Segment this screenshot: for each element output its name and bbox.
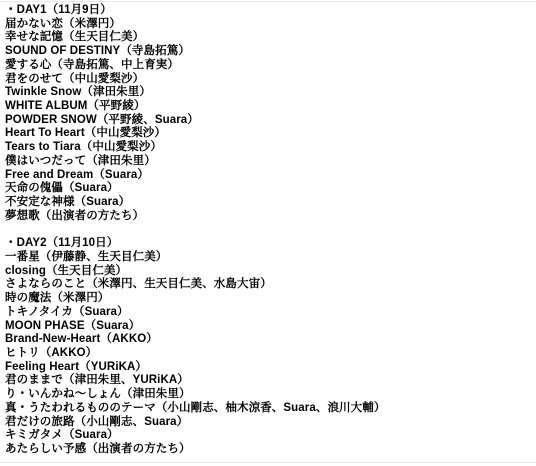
song-line: さよならのこと（米澤円、生天目仁美、水島大宙） (5, 278, 536, 292)
song-line: Twinkle Snow（津田朱里） (5, 86, 536, 100)
song-line: 僕はいつだって（津田朱里） (5, 155, 536, 169)
song-line: 真・うたわれるもののテーマ（小山剛志、柚木涼香、Suara、浪川大輔） (5, 402, 536, 416)
song-line: 不安定な神様（Suara） (5, 196, 536, 210)
day1-header: ・DAY1（11月9日） (5, 4, 536, 18)
top-divider (0, 1, 536, 2)
song-line: Tears to Tiara（中山愛梨沙） (5, 141, 536, 155)
setlist-document: ・DAY1（11月9日） 届かない恋（米澤円） 幸せな記憶（生天目仁美） SOU… (0, 0, 536, 466)
day2-header: ・DAY2（11月10日） (5, 237, 536, 251)
song-line: り・いんかね～しょん（津田朱里） (5, 388, 536, 402)
song-line: WHITE ALBUM（平野綾） (5, 100, 536, 114)
song-line: 愛する心（寺島拓篤、中上育実） (5, 59, 536, 73)
song-line: キミガタメ（Suara） (5, 429, 536, 443)
song-line: SOUND OF DESTINY（寺島拓篤） (5, 45, 536, 59)
setlist-content: ・DAY1（11月9日） 届かない恋（米澤円） 幸せな記憶（生天目仁美） SOU… (5, 4, 536, 457)
song-line: POWDER SNOW（平野綾、Suara） (5, 114, 536, 128)
section-spacer (5, 224, 536, 238)
song-line: Free and Dream（Suara） (5, 169, 536, 183)
song-line: MOON PHASE（Suara） (5, 320, 536, 334)
song-line: 夢想歌（出演者の方たち） (5, 210, 536, 224)
song-line: 君だけの旅路（小山剛志、Suara） (5, 416, 536, 430)
song-line: ヒトリ（AKKO） (5, 347, 536, 361)
song-line: 君をのせて（中山愛梨沙） (5, 73, 536, 87)
song-line: 君のままで（津田朱里、YURiKA） (5, 374, 536, 388)
song-line: 一番星（伊藤静、生天目仁美） (5, 251, 536, 265)
song-line: closing（生天目仁美） (5, 265, 536, 279)
song-line: 届かない恋（米澤円） (5, 18, 536, 32)
song-line: 幸せな記憶（生天目仁美） (5, 31, 536, 45)
song-line: あたらしい予感（出演者の方たち） (5, 443, 536, 457)
bottom-divider (0, 462, 536, 463)
song-line: Feeling Heart（YURiKA） (5, 361, 536, 375)
song-line: 時の魔法（米澤円） (5, 292, 536, 306)
song-line: Brand-New-Heart（AKKO） (5, 333, 536, 347)
song-line: トキノタイカ（Suara） (5, 306, 536, 320)
song-line: 天命の傀儡（Suara） (5, 182, 536, 196)
song-line: Heart To Heart（中山愛梨沙） (5, 127, 536, 141)
